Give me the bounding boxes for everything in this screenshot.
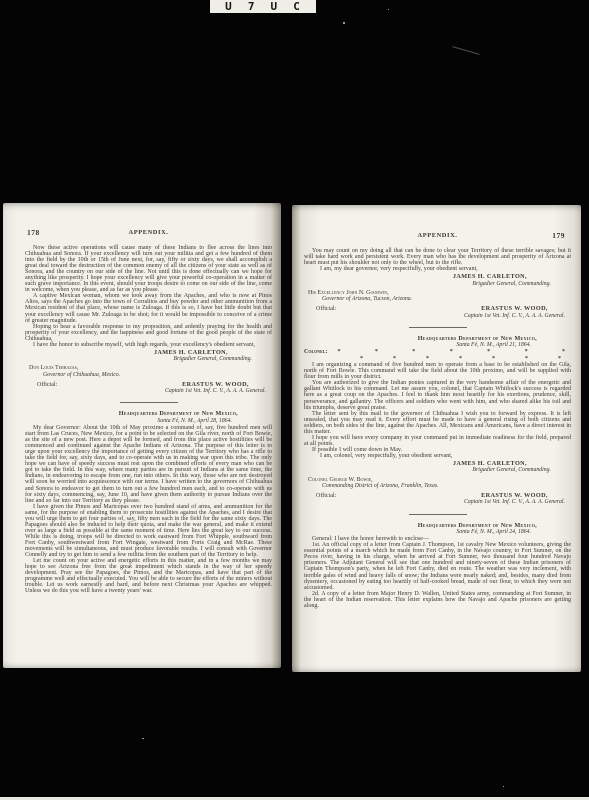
letter-dateline: Santa Fé, N. M., April 28, 1864.: [25, 418, 232, 424]
paragraph: The letter sent by this mail to the gove…: [304, 411, 571, 435]
letter-goodwin-end-body: You may count on my doing all that can b…: [304, 248, 571, 272]
salutation-row: Colonel: * * * * * * *: [304, 349, 571, 355]
letter-terrazas-body: Now these active operations will cause m…: [25, 245, 272, 348]
scratch-mark: [452, 46, 479, 55]
page-number: 179: [552, 231, 565, 240]
dust-speck: [343, 22, 345, 24]
addressee-block: His Excellency John N. Goodwin, Governor…: [308, 290, 571, 302]
addressee-block: Don Louis Terrazas, Governor of Chihuahu…: [29, 365, 272, 377]
official-signature: ERASTUS W. WOOD, Captain 1st Vet. Inf. C…: [464, 306, 565, 319]
section-divider: [409, 514, 467, 515]
section-divider: [409, 327, 467, 328]
paragraph: I hope you will have every company in yo…: [304, 435, 571, 447]
official-title: Captain 1st Vet. Inf. C. V., A. A. A. Ge…: [464, 313, 565, 319]
paragraph: I have given the Pimos and Maricopas ove…: [25, 504, 272, 558]
paragraph: You are authorized to give the Indian po…: [304, 380, 571, 410]
official-attestation: Official: ERASTUS W. WOOD, Captain 1st V…: [316, 306, 571, 319]
official-attestation: Official: ERASTUS W. WOOD, Captain 1st V…: [37, 382, 272, 395]
official-signature: ERASTUS W. WOOD, Captain 1st Vet. Inf. C…: [464, 493, 565, 506]
signature-title: Brigadier General, Commanding.: [304, 281, 551, 287]
letter-thomas-body: General: I have the honor herewith to en…: [304, 536, 571, 609]
film-label-char: U: [271, 1, 279, 12]
closing-line: I am, colonel, very respectfully, your o…: [304, 453, 571, 459]
paragraph: I am organizing a command of five hundre…: [304, 362, 571, 380]
running-head-row: APPENDIX. 179: [304, 232, 571, 239]
signature-block: JAMES H. CARLETON, Brigadier General, Co…: [25, 350, 272, 363]
film-label-char: U: [225, 1, 233, 12]
official-attestation: Official: ERASTUS W. WOOD, Captain 1st V…: [316, 493, 571, 506]
paragraph: Now these active operations will cause m…: [25, 245, 272, 293]
signature-block: JAMES H. CARLETON, Brigadier General, Co…: [304, 461, 571, 474]
running-head-row: 178 APPENDIX.: [25, 229, 272, 236]
letter-dateline: Santa Fé, N. M., April 21, 1864.: [304, 342, 531, 348]
running-head: APPENDIX.: [417, 232, 457, 239]
paragraph: I have the honor to subscribe myself, wi…: [25, 342, 272, 348]
official-label: Official:: [316, 493, 336, 499]
scanned-book-spread: U 7 U C 178 APPENDIX. Now these active o…: [0, 0, 589, 800]
letter-goodwin-body: My dear Governor: About the 10th of May …: [25, 425, 272, 594]
dust-speck: [503, 786, 504, 787]
omission-asterisks: * * * * * * *: [337, 349, 565, 355]
film-label-char: 7: [248, 1, 256, 12]
official-label: Official:: [316, 306, 336, 312]
addressee-title: Commanding District of Arizona, Franklin…: [322, 483, 571, 489]
letter-bowie-body: I am organizing a command of five hundre…: [304, 362, 571, 459]
letter-dateline: Santa Fé, N. M., April 24, 1864.: [304, 529, 531, 535]
paragraph: A captive Mexican woman, whom we took aw…: [25, 293, 272, 323]
signature-title: Brigadier General, Commanding.: [25, 356, 252, 362]
closing-line: I am, my dear governor, very respectfull…: [304, 266, 571, 272]
official-title: Captain 1st Vet. Inf. C. V., A. A. A. Ge…: [165, 388, 266, 394]
paragraph: My dear Governor: About the 10th of May …: [25, 425, 272, 504]
letter-heading-block: Headquarters Department of New Mexico, S…: [304, 336, 571, 349]
paragraph: Hoping to hear a favorable response to m…: [25, 324, 272, 342]
official-signature: ERASTUS W. WOOD, Captain 1st Vet. Inf. C…: [165, 382, 266, 395]
paragraph: Let me count on your active and energeti…: [25, 558, 272, 594]
paragraph: 1st. An official copy of a letter from C…: [304, 542, 571, 590]
addressee-title: Governor of Arizona, Tucson, Arizona.: [322, 296, 571, 302]
signature-block: JAMES H. CARLETON, Brigadier General, Co…: [304, 274, 571, 287]
letter-heading-block: Headquarters Department of New Mexico, S…: [304, 523, 571, 536]
right-page: APPENDIX. 179 You may count on my doing …: [292, 205, 581, 672]
addressee-title: Governor of Chihuahua, Mexico.: [43, 372, 272, 378]
dust-speck: [142, 738, 144, 739]
official-title: Captain 1st Vet. Inf. C. V., A. A. A. Ge…: [464, 499, 565, 505]
official-label: Official:: [37, 382, 57, 388]
running-head: APPENDIX.: [128, 229, 168, 236]
paragraph: 2d. A copy of a letter from Major Henry …: [304, 591, 571, 609]
signature-title: Brigadier General, Commanding.: [304, 467, 551, 473]
addressee-block: Colonel George W. Bowie, Commanding Dist…: [308, 477, 571, 489]
salutation: Colonel:: [304, 349, 327, 355]
film-label: U 7 U C: [210, 0, 316, 13]
letter-heading-block: Headquarters Department of New Mexico, S…: [25, 411, 272, 424]
dust-speck: [388, 9, 389, 10]
film-label-char: C: [293, 1, 301, 12]
page-number: 178: [27, 228, 40, 237]
section-divider: [120, 402, 178, 403]
paragraph: You may count on my doing all that can b…: [304, 248, 571, 266]
left-page: 178 APPENDIX. Now these active operation…: [3, 203, 281, 668]
